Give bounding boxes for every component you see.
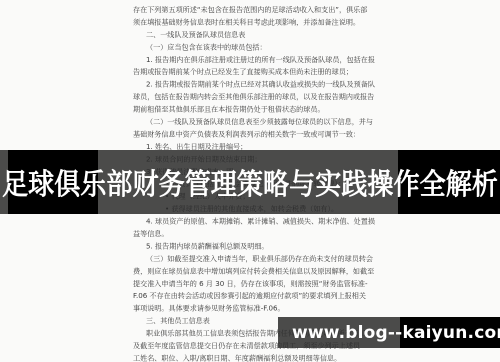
document-line: （二）一线队及预备队球员信息表至少须披露每位球员的以下信息，并与 <box>133 116 373 128</box>
document-line: 1. 报告期内在俱乐部注册或注册过的所有一线队及预备队球员，包括在报 <box>133 54 373 66</box>
document-line: 工姓名、职位、入职/离职日期、年度薪酬福利总额及明细等信息。 <box>133 352 373 362</box>
document-line: 事项说明。具体要求请参见财务监管标准-F.06。 <box>133 303 373 315</box>
document-line: 存在下列第五项所述“未包含在报告范围内的足球活动收入和支出”，俱乐部 <box>133 4 373 16</box>
document-line: 2. 报告期或报告期前某个时点已经对其确认收益或损失的一线队及预备队 <box>133 79 373 91</box>
document-line: 球员，包括在报告期内转会至其他俱乐部注册的球员，以及在报告期内或报告 <box>133 91 373 103</box>
document-line: 基础财务信息中资产负债表及利润表列示的相关数字一致或可调节一致： <box>133 128 373 140</box>
document-line: 益等信息。 <box>133 228 373 240</box>
document-line: 期前租借至其他俱乐部且在本报告期仍处于租借状态的球员。 <box>133 104 373 116</box>
document-line: F.06 不存在由转会活动或因参赛引起的逾期应付款项”的要求填列上报相关 <box>133 290 373 302</box>
document-line: 二、一线队及预备队球员信息表 <box>133 29 373 41</box>
document-line: （三）如截至提交准入申请当年，职业俱乐部仍存在尚未支付的球员转会 <box>133 253 373 265</box>
document-line: 告期或报告期前某个时点已经发生了直接购买成本但尚未注册的球员； <box>133 66 373 78</box>
article-title: 足球俱乐部财务管理策略与实践操作全解析 <box>2 150 498 214</box>
title-banner: 足球俱乐部财务管理策略与实践操作全解析 <box>0 150 500 214</box>
document-line: 5. 报告期内球员薪酬福利总额及明细。 <box>133 240 373 252</box>
scanned-document-page: 存在下列第五项所述“未包含在报告范围内的足球活动收入和支出”，俱乐部须在填报基础… <box>0 0 500 362</box>
document-line: 提交准入申请当年的 6 月 30 日，仍存在该事项，则需按照“财务监管标准- <box>133 278 373 290</box>
document-line: 4. 球员资产的原值、本期摊销、累计摊销、减值损失、期末净值、处置损 <box>133 216 373 228</box>
document-line: 费，则应在球员信息表中增加填列应付转会费相关信息以及原因解释，如截至 <box>133 265 373 277</box>
watermark-url: www.blog--kaiyun.com <box>278 317 500 348</box>
watermark-badge: www.blog--kaiyun.com <box>278 317 500 348</box>
document-line: （一）应当包含在该表中的球员包括： <box>133 41 373 53</box>
document-line: 须在填报基础财务信息表时在相关科目考虑此项影响，并添加备注说明。 <box>133 16 373 28</box>
